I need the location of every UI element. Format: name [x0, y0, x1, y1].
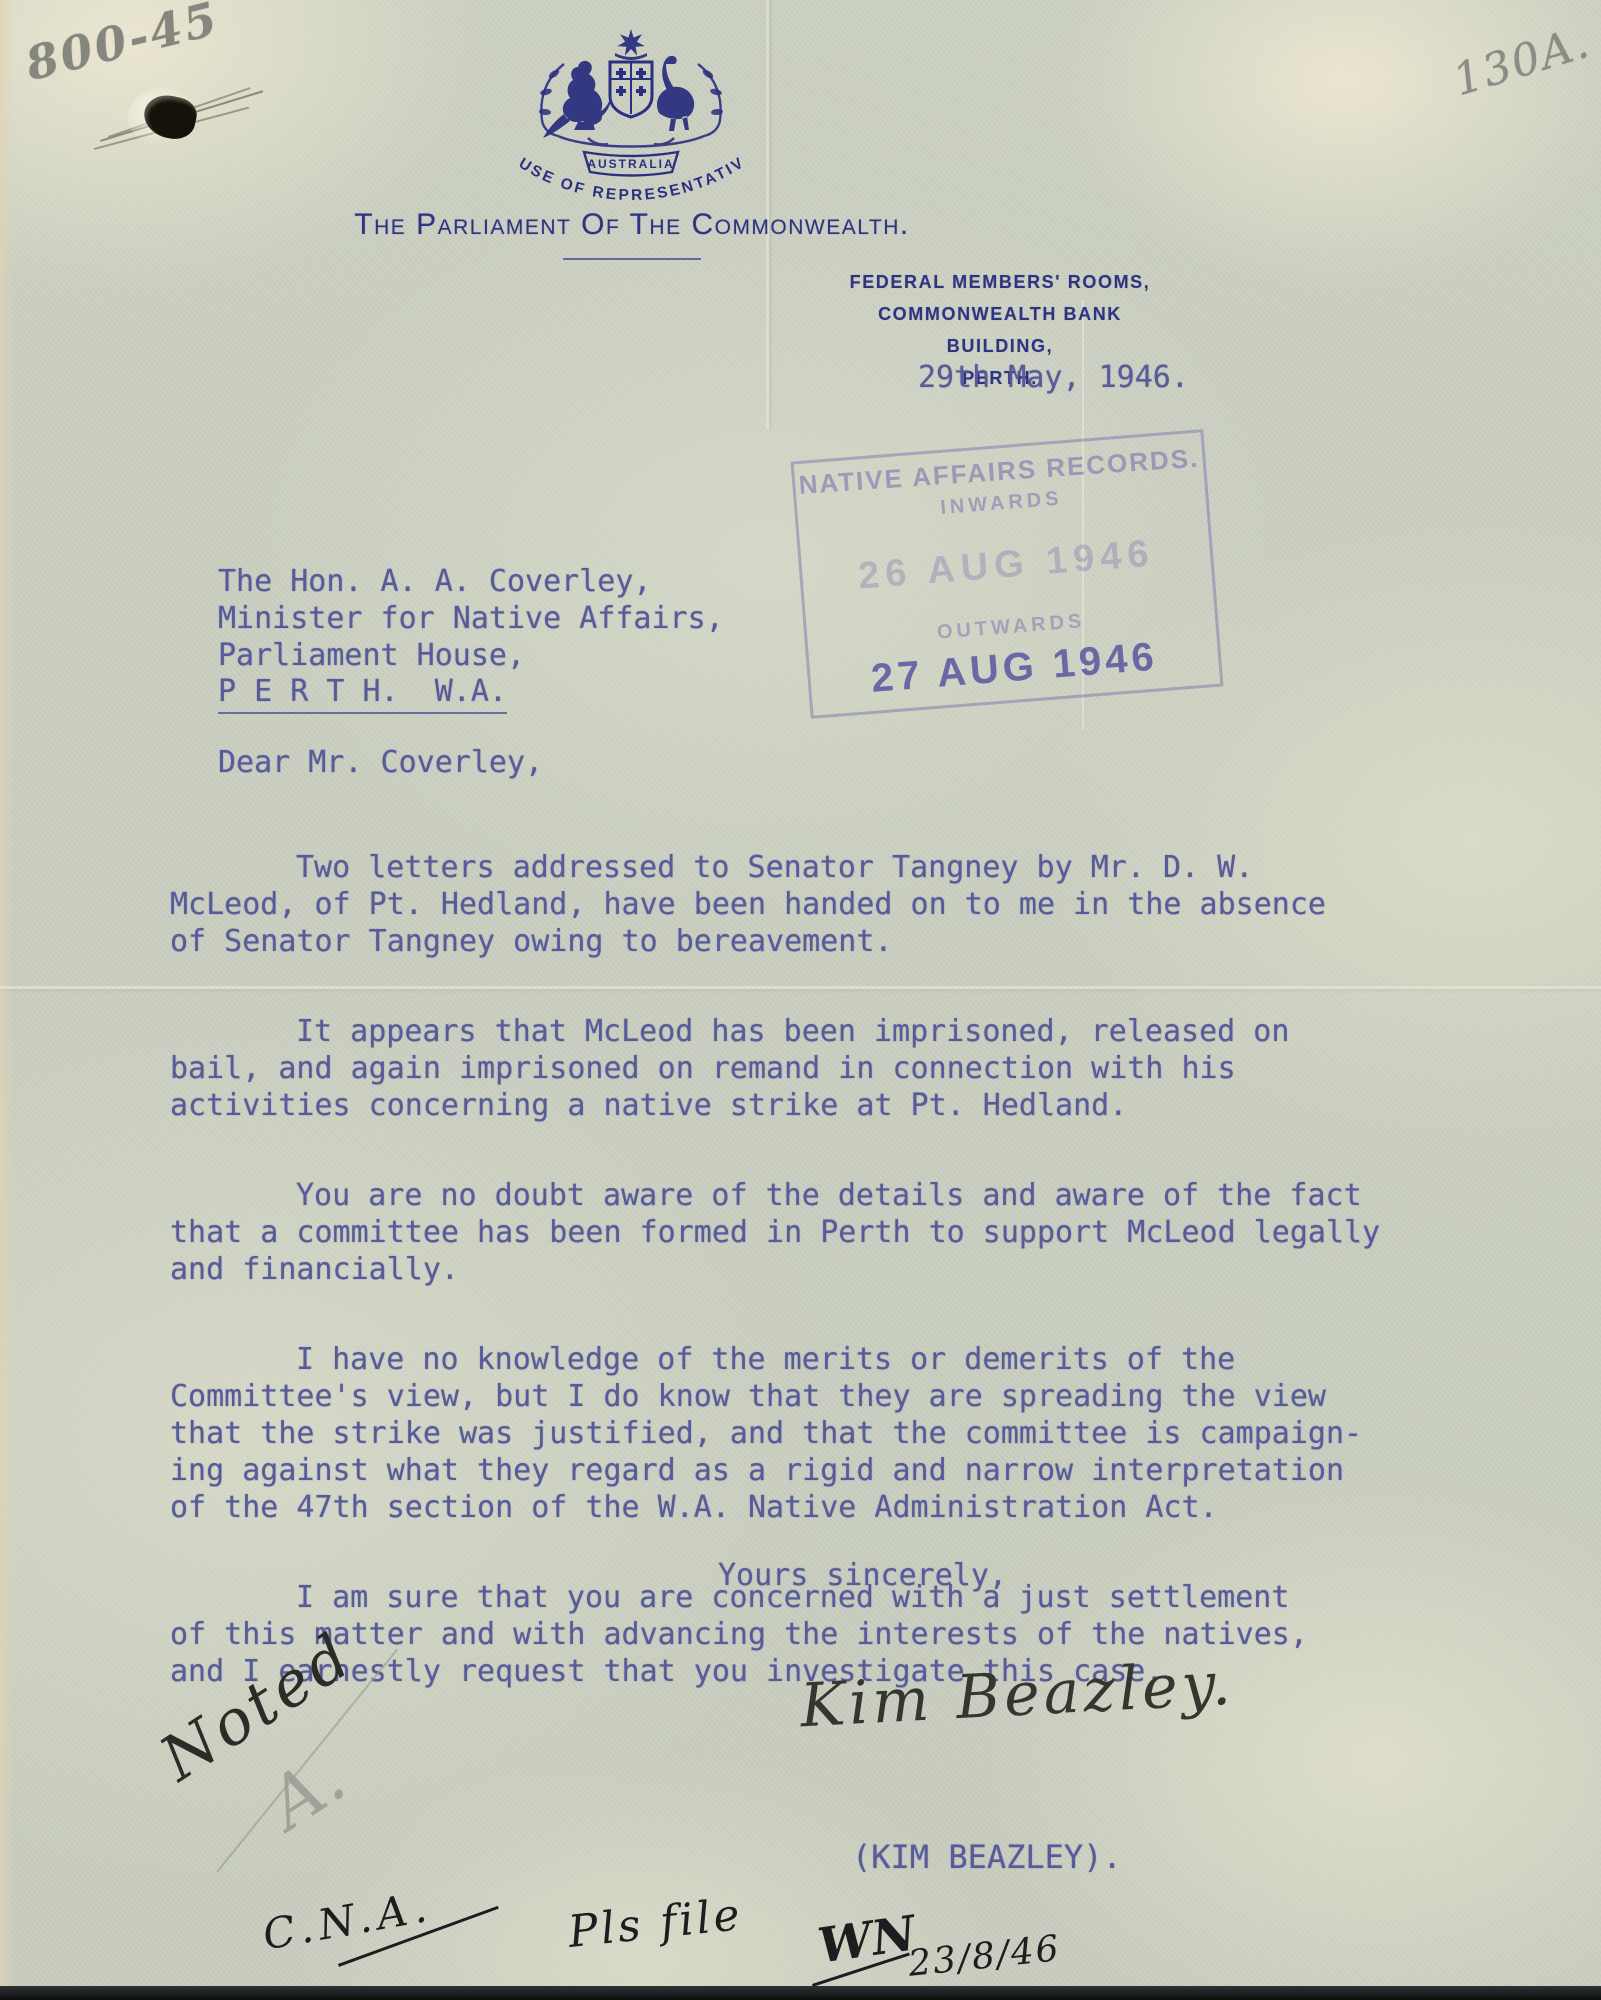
annotation-pls-file: Pls file [566, 1889, 745, 1958]
commonwealth-star-icon [617, 29, 644, 56]
crest-base-swirl [588, 138, 674, 144]
signature-typed: (KIM BEAZLEY). [852, 1838, 1122, 1876]
salutation: Dear Mr. Coverley, [218, 745, 543, 780]
paragraph-2: It appears that McLeod has been imprison… [170, 1013, 1500, 1124]
letter-date: 29th May, 1946. [918, 360, 1189, 395]
recipient-address: The Hon. A. A. Coverley, Minister for Na… [218, 563, 724, 674]
stamp-inwards-date: 26 AUG 1946 [801, 528, 1211, 603]
closing: Yours sincerely, [718, 1558, 1007, 1593]
received-stamp: NATIVE AFFAIRS RECORDS. INWARDS 26 AUG 1… [791, 429, 1224, 719]
annotation-page-number: 130A. [1448, 17, 1597, 107]
letter-page: 800-45 130A. [0, 0, 1601, 2000]
coat-of-arms: AUSTRALIA HOUSE OF REPRESENTATIVES [498, 26, 764, 202]
paragraph-4: I have no knowledge of the merits or dem… [170, 1341, 1500, 1526]
crest-wreath [615, 53, 647, 60]
letter-body: Two letters addressed to Senator Tangney… [170, 812, 1500, 1743]
scan-edge-bottom [0, 1986, 1601, 2000]
crest-banner: AUSTRALIA [584, 152, 678, 176]
shield-icon [610, 62, 652, 117]
scan-edge-left [0, 0, 14, 2000]
annotation-date: 23/8/46 [906, 1928, 1062, 1985]
letterhead-rule [563, 258, 701, 260]
annotation-initials: WN [815, 1905, 920, 1974]
crest-base-ornament [558, 136, 704, 147]
annotation-file-number: 800-45 [20, 0, 224, 91]
letterhead-title: The Parliament Of The Commonwealth. [354, 208, 909, 242]
paragraph-1: Two letters addressed to Senator Tangney… [170, 849, 1500, 960]
emu-icon [657, 56, 694, 131]
crest-banner-text: AUSTRALIA [587, 157, 674, 171]
pencil-scribble [88, 92, 308, 162]
recipient-city: P E R T H. W.A. [218, 674, 507, 714]
annotation-noted-initials: A. [254, 1737, 360, 1845]
paragraph-3: You are no doubt aware of the details an… [170, 1177, 1500, 1288]
annotation-cna: C.N.A. [259, 1882, 436, 1960]
